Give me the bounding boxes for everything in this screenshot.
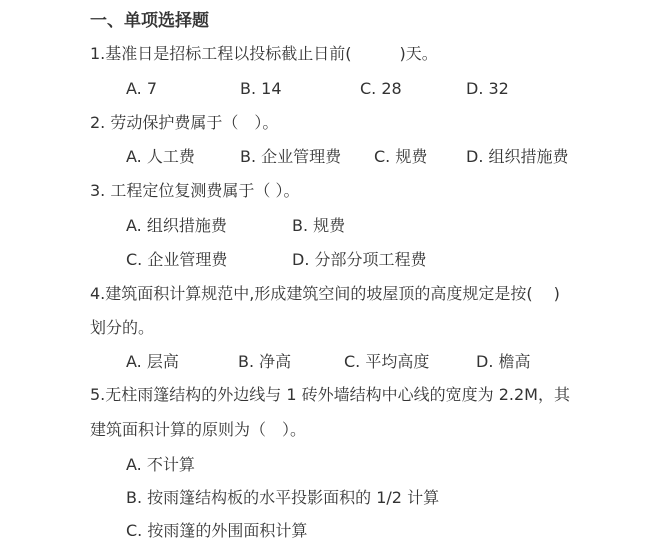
q2-option-d: D. 组织措施费 xyxy=(466,147,569,167)
question-4-stem-line1: 4.建筑面积计算规范中,形成建筑空间的坡屋顶的高度规定是按( ) xyxy=(90,284,560,304)
question-3-stem: 3. 工程定位复测费属于（ ）。 xyxy=(90,181,299,201)
question-5-stem-line2: 建筑面积计算的原则为（ ）。 xyxy=(90,420,306,440)
question-1-stem: 1.基准日是招标工程以投标截止日前( )天。 xyxy=(90,44,438,64)
q5-option-b: B. 按雨篷结构板的水平投影面积的 1/2 计算 xyxy=(126,488,439,508)
q2-option-b: B. 企业管理费 xyxy=(240,147,341,167)
q2-option-c: C. 规费 xyxy=(374,147,427,167)
question-4-stem-line2: 划分的。 xyxy=(90,318,154,338)
q4-option-c: C. 平均高度 xyxy=(344,352,429,372)
q3-option-d: D. 分部分项工程费 xyxy=(292,250,427,270)
q3-option-c: C. 企业管理费 xyxy=(126,250,227,270)
q1-option-a: A. 7 xyxy=(126,79,157,99)
q5-option-c: C. 按雨篷的外围面积计算 xyxy=(126,521,307,541)
q2-option-a: A. 人工费 xyxy=(126,147,195,167)
q1-option-d: D. 32 xyxy=(466,79,509,99)
q3-option-a: A. 组织措施费 xyxy=(126,216,227,236)
question-5-stem-line1: 5.无柱雨篷结构的外边线与 1 砖外墙结构中心线的宽度为 2.2M，其 xyxy=(90,385,570,405)
question-2-stem: 2. 劳动保护费属于（ ）。 xyxy=(90,113,278,133)
section-title: 一、单项选择题 xyxy=(90,11,209,31)
q4-option-a: A. 层高 xyxy=(126,352,179,372)
q5-option-a: A. 不计算 xyxy=(126,455,195,475)
q1-option-b: B. 14 xyxy=(240,79,282,99)
q4-option-b: B. 净高 xyxy=(238,352,291,372)
q1-option-c: C. 28 xyxy=(360,79,402,99)
q3-option-b: B. 规费 xyxy=(292,216,345,236)
q4-option-d: D. 檐高 xyxy=(476,352,531,372)
